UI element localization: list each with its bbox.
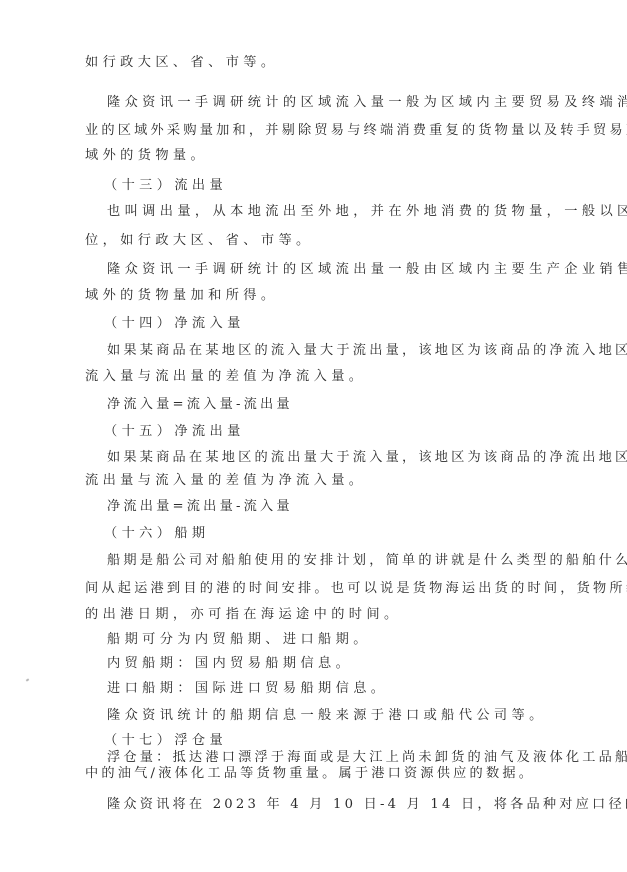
paragraph-net-inflow-definition: 如果某商品在某地区的流入量大于流出量，该地区为该商品的净流入地区，	[107, 343, 567, 359]
paragraph-text-line: 流入量与流出量的差值为净流入量。	[85, 369, 545, 385]
paragraph-text-line: 流出量与流入量的差值为净流入量。	[85, 473, 545, 489]
formula-net-inflow: 净流入量=流入量-流出量	[107, 397, 567, 413]
formula-net-outflow: 净流出量=流出量-流入量	[107, 499, 567, 515]
paragraph-floating-storage-definition: 浮仓量：抵达港口漂浮于海面或是大江上尚未卸货的油气及液体化工品船只	[107, 750, 567, 766]
section-heading-net-outflow: （十五）净流出量	[104, 424, 564, 440]
paragraph-continuation: 如行政大区、省、市等。	[85, 55, 545, 71]
document-page: 如行政大区、省、市等。 隆众资讯一手调研统计的区域流入量一般为区域内主要贸易及终…	[0, 0, 627, 872]
section-heading-floating-storage: （十七）浮仓量	[104, 733, 564, 749]
paragraph-shipping-schedule-definition: 船期是船公司对船舶使用的安排计划，简单的讲就是什么类型的船舶什么时	[107, 553, 567, 569]
paragraph-text-line: 域外的货物量加和所得。	[85, 288, 545, 304]
paragraph-import-schedule: 进口船期：国际进口贸易船期信息。	[107, 681, 567, 697]
paragraph-schedule-source: 隆众资讯统计的船期信息一般来源于港口或船代公司等。	[107, 708, 567, 724]
paragraph-text-line: 的出港日期，亦可指在海运途中的时间。	[85, 607, 545, 623]
scan-speck	[26, 678, 30, 681]
paragraph-release-schedule: 隆众资讯将在 2023 年 4 月 10 日-4 月 14 日，将各品种对应口径…	[107, 797, 567, 813]
paragraph-net-outflow-definition: 如果某商品在某地区的流出量大于流入量，该地区为该商品的净流出地区，	[107, 450, 567, 466]
paragraph-outflow-stats: 隆众资讯一手调研统计的区域流出量一般由区域内主要生产企业销售至区	[107, 262, 567, 278]
section-heading-outflow: （十三）流出量	[104, 178, 564, 194]
paragraph-text-line: 位，如行政大区、省、市等。	[85, 233, 545, 249]
section-heading-shipping-schedule: （十六）船期	[104, 526, 564, 542]
paragraph-shipping-types: 船期可分为内贸船期、进口船期。	[107, 632, 567, 648]
paragraph-text-line: 中的油气/液体化工品等货物重量。属于港口资源供应的数据。	[85, 766, 545, 782]
paragraph-domestic-schedule: 内贸船期：国内贸易船期信息。	[107, 656, 567, 672]
paragraph-inflow-stats: 隆众资讯一手调研统计的区域流入量一般为区域内主要贸易及终端消费企	[107, 95, 567, 111]
paragraph-text-line: 间从起运港到目的港的时间安排。也可以说是货物海运出货的时间，货物所装船	[85, 581, 545, 597]
paragraph-outflow-definition: 也叫调出量，从本地流出至外地，并在外地消费的货物量，一般以区域为单	[107, 204, 567, 220]
paragraph-text-line: 域外的货物量。	[85, 148, 545, 164]
section-heading-net-inflow: （十四）净流入量	[104, 316, 564, 332]
paragraph-text-line: 业的区域外采购量加和，并剔除贸易与终端消费重复的货物量以及转手贸易至区	[85, 123, 545, 139]
